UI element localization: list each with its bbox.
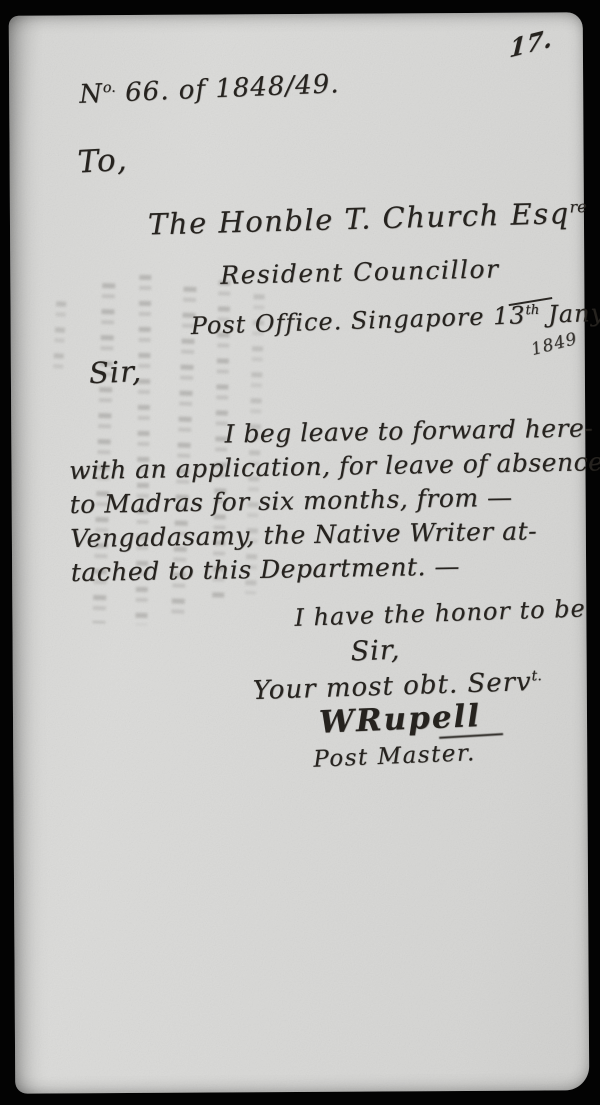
addressee-name: The Honble T. Church Esqre bbox=[148, 196, 588, 242]
reference-number: No. 66. of 1848/49. bbox=[79, 69, 340, 110]
body-line: tached to this Department. — bbox=[71, 548, 587, 591]
to-label: To, bbox=[77, 142, 129, 181]
dateline-year: 1849 bbox=[529, 329, 580, 360]
ink-bleedthrough bbox=[53, 301, 66, 371]
folio-number: 17. bbox=[509, 22, 554, 64]
reference-rest: 66. of 1848/49. bbox=[115, 69, 340, 108]
dateline-place: Post Office. Singapore bbox=[190, 302, 493, 340]
closing-honor-line: I have the honor to be bbox=[294, 594, 586, 631]
closing-servant-line: Your most obt. Servt. bbox=[252, 667, 542, 706]
closing-sir: Sir, bbox=[350, 635, 401, 668]
reference-prefix: N bbox=[79, 79, 104, 110]
letter-body: I beg leave to forward here- with an app… bbox=[68, 412, 587, 591]
reference-superscript: o. bbox=[102, 80, 116, 97]
addressee-name-text: The Honble T. Church Esq bbox=[148, 196, 570, 241]
signature: WRupell bbox=[318, 698, 481, 741]
dateline-day-superscript: th bbox=[525, 303, 539, 318]
addressee-name-superscript: re bbox=[569, 197, 587, 216]
dateline: Post Office. Singapore 13th Jany bbox=[190, 299, 600, 340]
signer-title: Post Master. bbox=[313, 740, 476, 773]
addressee-title: Resident Councillor bbox=[220, 254, 500, 290]
dateline-month: Jany bbox=[539, 299, 600, 329]
closing-servant-superscript: t. bbox=[531, 668, 542, 684]
dateline-day: 13 bbox=[493, 301, 526, 330]
closing-servant-text: Your most obt. Serv bbox=[252, 667, 532, 706]
salutation: Sir, bbox=[88, 354, 142, 390]
scan-background: 17. No. 66. of 1848/49. To, The Honble T… bbox=[0, 0, 600, 1105]
letter-page: 17. No. 66. of 1848/49. To, The Honble T… bbox=[9, 12, 590, 1093]
